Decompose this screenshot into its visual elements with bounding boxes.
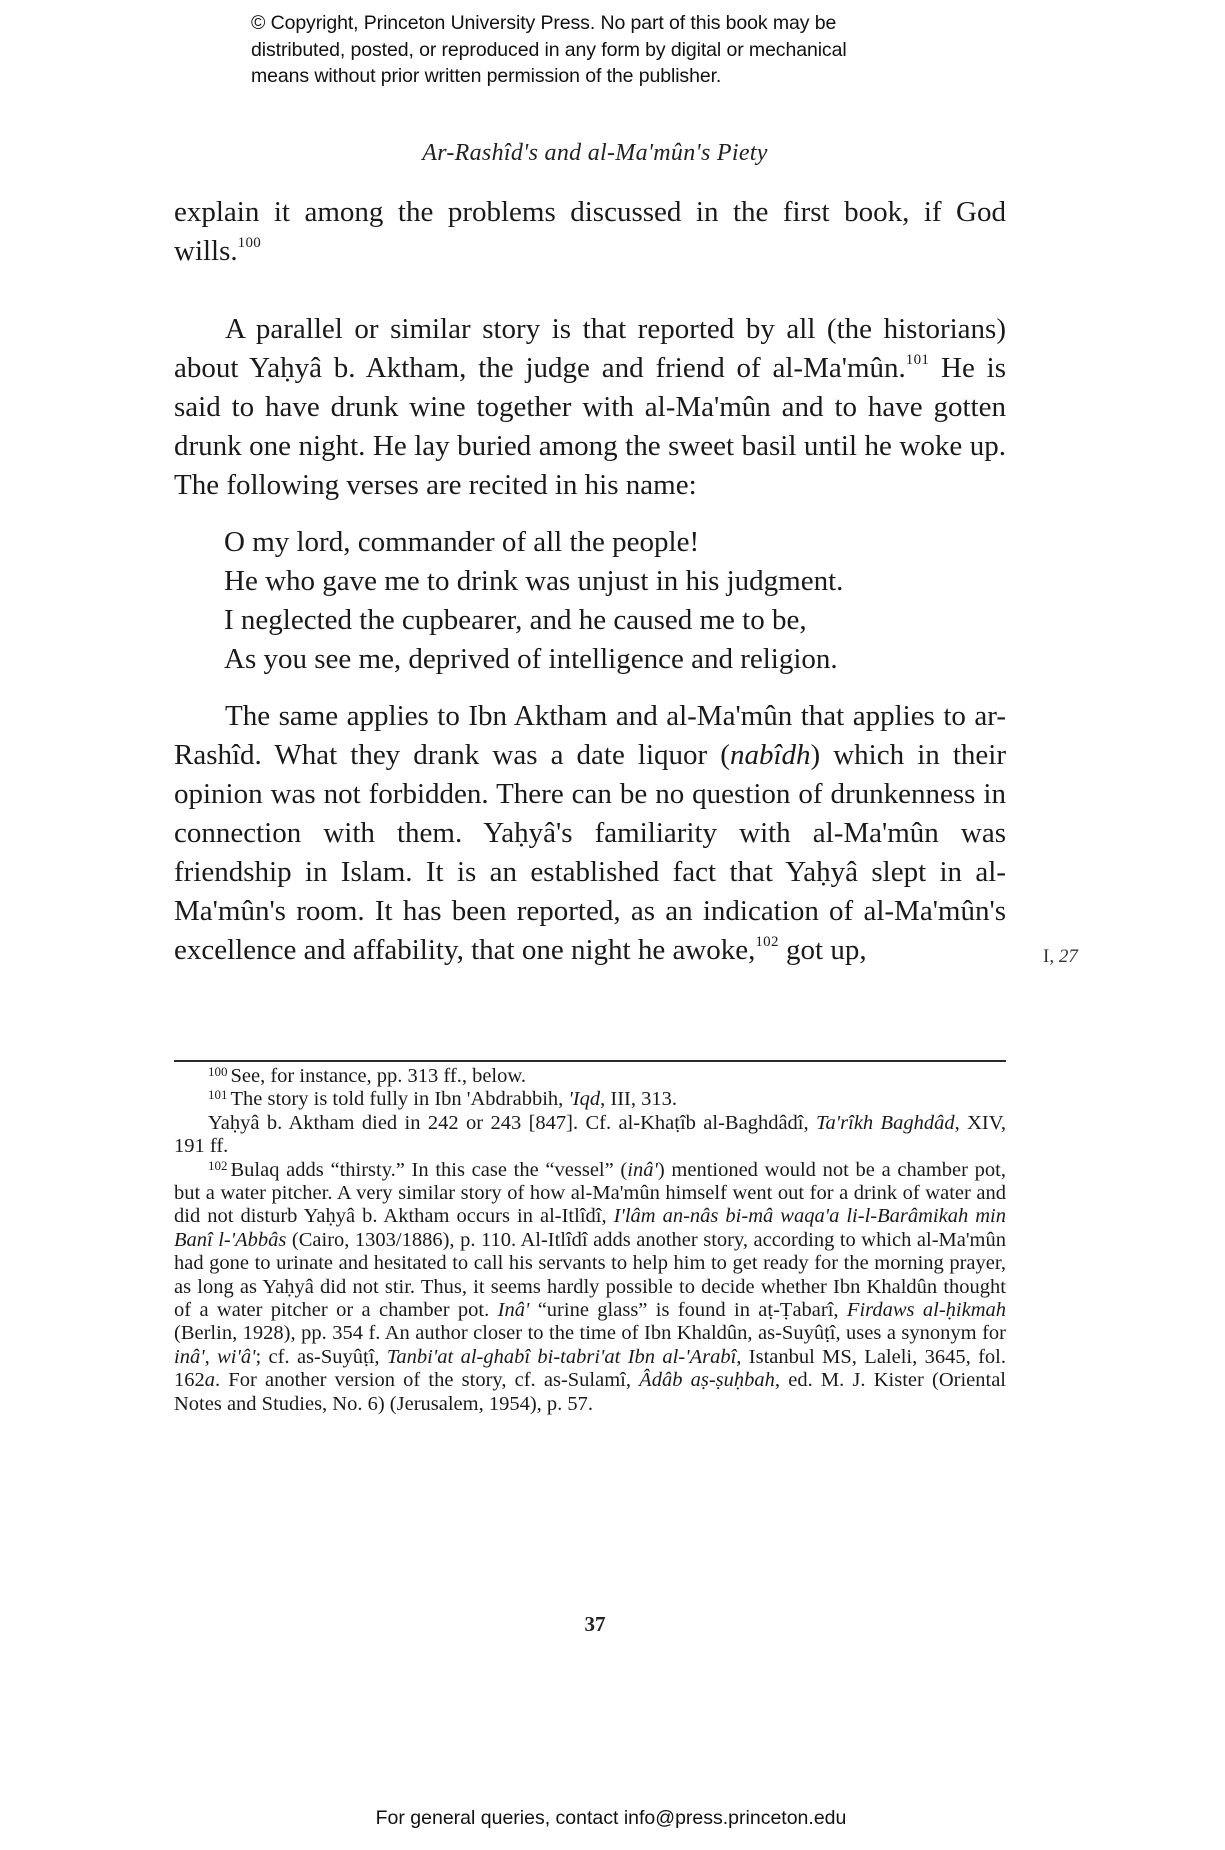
page-number: 37 [0,1612,1190,1637]
footnote-ref-102[interactable]: 102 [755,934,778,950]
paragraph-3: The same applies to Ibn Aktham and al-Ma… [174,697,1006,970]
footnote-102: 102Bulaq adds “thirsty.” In this case th… [174,1159,1006,1416]
main-text: explain it among the problems discussed … [174,193,1006,970]
copyright-line: means without prior written permission o… [251,63,1011,90]
footnote-italic: Firdaws al-ḥikmah [847,1299,1006,1321]
footnote-number: 100 [208,1064,228,1079]
footnote-italic: Tanbi'at al-ghabî bi-tabri'at Ibn al-'Ar… [387,1346,736,1368]
italic-term: nabîdh [730,739,811,771]
footnote-101-continued: Yaḥyâ b. Aktham died in 242 or 243 [847]… [174,1112,1006,1159]
verse-block: O my lord, commander of all the people! … [224,523,1006,679]
paragraph-text: explain it among the problems discussed … [174,196,1006,267]
footnote-divider [174,1060,1006,1062]
footnote-ref-100[interactable]: 100 [238,235,261,251]
paragraph-2: A parallel or similar story is that repo… [174,310,1006,505]
footnote-italic: Âdâb aṣ-ṣuḥbah [639,1369,775,1391]
footnote-101: 101The story is told fully in Ibn 'Abdra… [174,1088,1006,1111]
footnote-text: , III, 313. [600,1088,677,1110]
footnote-italic: inâ' [174,1346,205,1368]
footnote-text: “urine glass” is found in aṭ-Ṭabarî, [529,1299,847,1321]
footnote-italic: a [205,1369,215,1391]
footnote-text: . For another version of the story, cf. … [215,1369,639,1391]
footnote-italic: 'Iqd [568,1088,600,1110]
footnote-italic: Ta'rîkh Baghdâd [816,1112,955,1134]
footnote-text: (Berlin, 1928), pp. 354 f. An author clo… [174,1322,1006,1344]
footnote-ref-101[interactable]: 101 [906,352,929,368]
copyright-notice: © Copyright, Princeton University Press.… [251,10,1011,90]
margin-volume: I, [1043,946,1054,967]
paragraph-text: A parallel or similar story is that repo… [174,313,1006,384]
margin-page: 27 [1059,946,1078,967]
running-head: Ar-Rashîd's and al-Ma'mûn's Piety [0,140,1190,167]
footnote-italic: wi'â' [217,1346,255,1368]
footnote-italic: inâ' [627,1159,658,1181]
verse-line: As you see me, deprived of intelligence … [224,640,1006,679]
paragraph-1: explain it among the problems discussed … [174,193,1006,271]
footnote-italic: Inâ' [498,1299,530,1321]
verse-line: I neglected the cupbearer, and he caused… [224,601,1006,640]
contact-line: For general queries, contact info@press.… [0,1807,1222,1830]
footnote-text: Bulaq adds “thirsty.” In this case the “… [231,1159,628,1181]
footnote-text: Yaḥyâ b. Aktham died in 242 or 243 [847]… [208,1112,816,1134]
footnote-text: , [205,1346,218,1368]
verse-line: O my lord, commander of all the people! [224,523,1006,562]
footnote-100: 100See, for instance, pp. 313 ff., below… [174,1065,1006,1088]
copyright-line: distributed, posted, or reproduced in an… [251,37,1011,64]
margin-reference: I, 27 [1043,946,1078,968]
footnote-text: The story is told fully in Ibn 'Abdrabbi… [231,1088,569,1110]
paragraph-text: ) which in their opinion was not forbidd… [174,739,1006,966]
verse-line: He who gave me to drink was unjust in hi… [224,562,1006,601]
paragraph-text: got up, [779,934,867,966]
footnote-text: ; cf. as-Suyûṭî, [255,1346,386,1368]
footnote-text: See, for instance, pp. 313 ff., below. [231,1065,526,1087]
footnotes: 100See, for instance, pp. 313 ff., below… [174,1065,1006,1416]
copyright-line: © Copyright, Princeton University Press.… [251,10,1011,37]
footnote-number: 102 [208,1158,228,1173]
footnote-number: 101 [208,1087,228,1102]
